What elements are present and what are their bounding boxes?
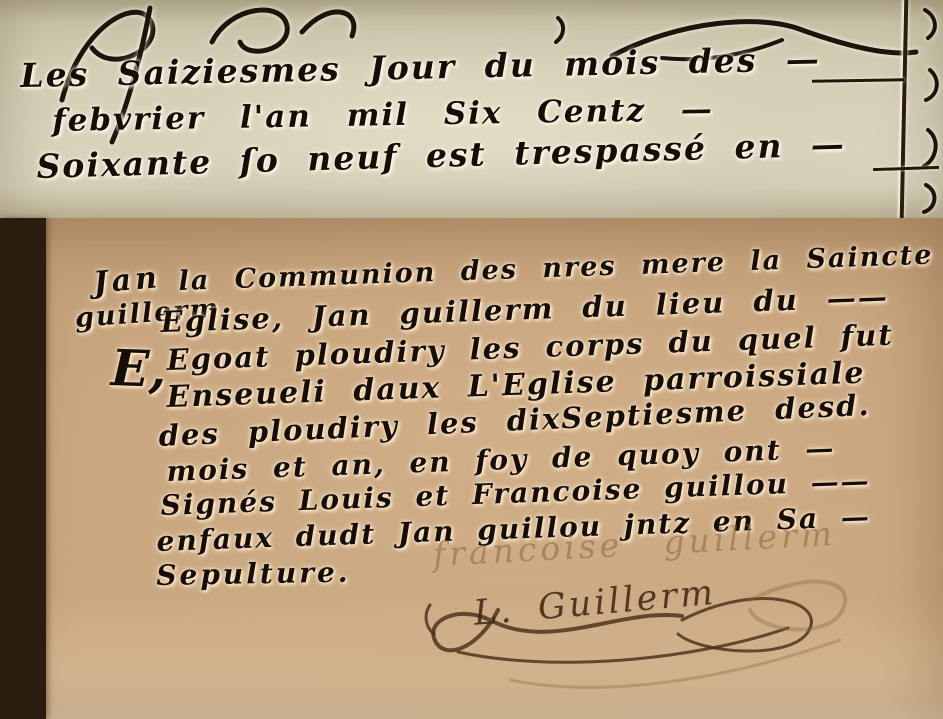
top-page-fragment: Les Saiziesmes Jour du mois des — febvri… — [0, 0, 943, 218]
manuscript-scan: Les Saiziesmes Jour du mois des — febvri… — [0, 0, 943, 719]
record-line-9: Sepulture. — [156, 556, 351, 592]
margin-note-name-line-1: Jan — [92, 260, 162, 301]
margin-note-symbol: E, — [110, 338, 168, 399]
book-binding-edge — [0, 218, 46, 719]
